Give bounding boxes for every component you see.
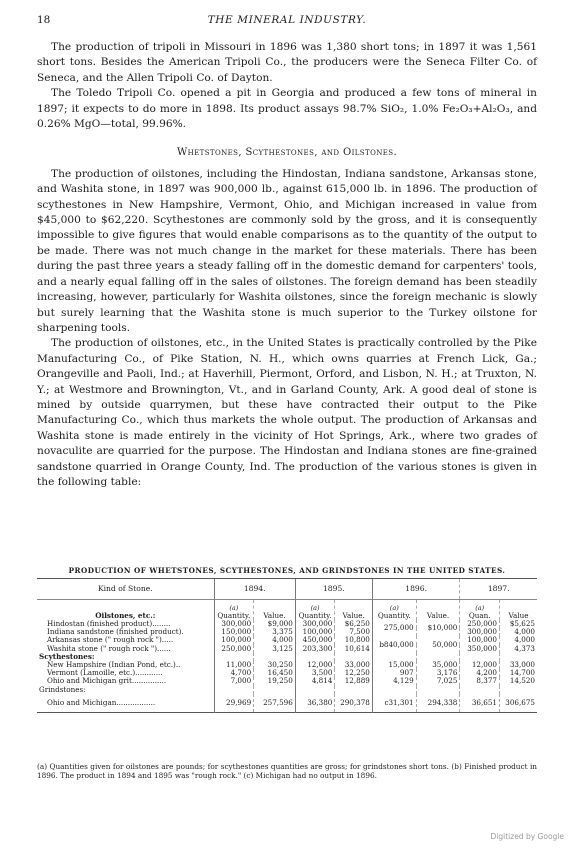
section-heading: Whetstones, Scythestones, and Oilstones. — [37, 145, 537, 160]
quantity-header-1894: (a)Quantity. — [214, 600, 254, 621]
group-label-row: Grindstones: — [37, 686, 537, 694]
paragraph-tripoli-missouri: The production of tripoli in Missouri in… — [37, 40, 537, 86]
quantity-header-1895: (a)Quantity. — [295, 600, 335, 621]
table-bottom-rule — [37, 713, 537, 714]
oilstones-group-label: Oilstones, etc.: — [37, 600, 214, 621]
merged-quantity-1896-b: b840,000 — [372, 636, 416, 652]
year-header-1895: 1895. — [295, 579, 372, 600]
quantity-header-1896: (a)Quantity. — [372, 600, 416, 621]
table-row: Washita stone (" rough rock ")...... 250… — [37, 645, 537, 653]
paragraph-pike-manufacturing: The production of oilstones, etc., in th… — [37, 336, 537, 490]
table-title: PRODUCTION OF WHETSTONES, SCYTHESTONES, … — [37, 566, 537, 575]
paragraph-oilstones-production: The production of oilstones, including t… — [37, 167, 537, 336]
year-header-1894: 1894. — [214, 579, 295, 600]
running-title: THE MINERAL INDUSTRY. — [37, 14, 537, 26]
paragraph-toledo-tripoli: The Toledo Tripoli Co. opened a pit in G… — [37, 86, 537, 132]
merged-value-1896-a: $10,000 — [416, 620, 460, 636]
value-header-1897: Value — [499, 600, 537, 621]
production-table: Kind of Stone. 1894. 1895. 1896. 1897. O… — [37, 578, 537, 713]
merged-quantity-1896-a: 275,000 — [372, 620, 416, 636]
grindstones-group-label: Grindstones: — [37, 686, 214, 694]
table-row: Ohio and Michigan................. 29,96… — [37, 694, 537, 713]
kind-of-stone-header: Kind of Stone. — [37, 579, 214, 600]
page-header: 18 THE MINERAL INDUSTRY. — [37, 14, 537, 28]
value-header-1894: Value. — [254, 600, 296, 621]
quantity-header-1897: (a)Quan. — [460, 600, 500, 621]
table-footnote: (a) Quantities given for oilstones are p… — [37, 763, 537, 780]
year-header-1896: 1896. — [372, 579, 460, 600]
body-text: The production of tripoli in Missouri in… — [37, 40, 537, 490]
value-header-1896: Value. — [416, 600, 460, 621]
value-header-1895: Value. — [335, 600, 373, 621]
digitized-watermark: Digitized by Google — [491, 832, 564, 841]
merged-value-1896-b: 50,000 — [416, 636, 460, 652]
table-row: Ohio and Michigan grit............... 7,… — [37, 677, 537, 685]
year-header-1897: 1897. — [460, 579, 537, 600]
